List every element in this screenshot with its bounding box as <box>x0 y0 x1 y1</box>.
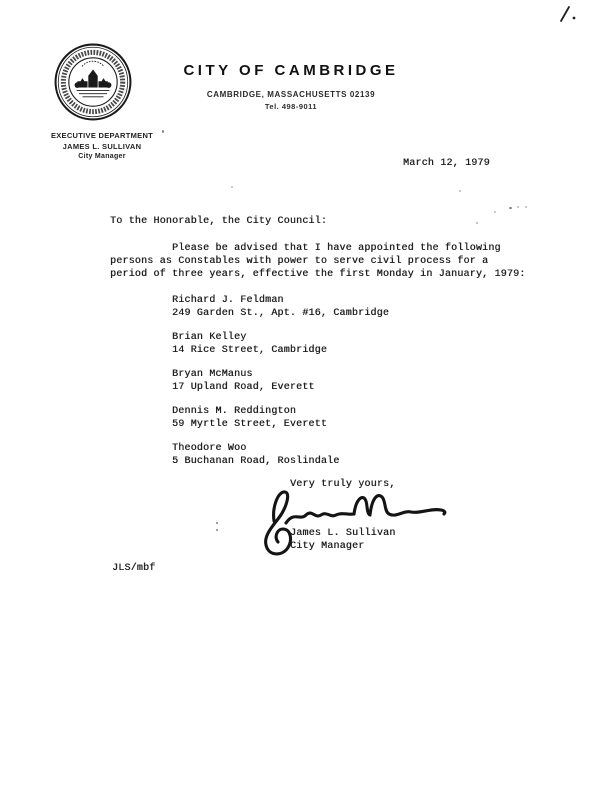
appointee-name: Richard J. Feldman <box>172 294 389 307</box>
reference-initials: JLS/mbf <box>112 562 155 575</box>
appointee-entry: Bryan McManus 17 Upland Road, Everett <box>172 368 315 394</box>
letter-salutation: To the Honorable, the City Council: <box>110 215 327 228</box>
scanned-letter-page: CITY OF CAMBRIDGE CAMBRIDGE, MASSACHUSET… <box>0 0 594 800</box>
appointee-entry: Dennis M. Reddington 59 Myrtle Street, E… <box>172 405 327 431</box>
appointee-entry: Brian Kelley 14 Rice Street, Cambridge <box>172 331 327 357</box>
body-line-2: persons as Constables with power to serv… <box>110 255 488 268</box>
appointee-name: Dennis M. Reddington <box>172 405 327 418</box>
letterhead-phone: Tel. 498-9011 <box>181 102 401 111</box>
appointee-entry: Theodore Woo 5 Buchanan Road, Roslindale <box>172 442 339 468</box>
signer-typed-name: James L. Sullivan <box>290 527 395 540</box>
department-block: EXECUTIVE DEPARTMENT JAMES L. SULLIVAN C… <box>28 131 176 162</box>
department-manager-title: City Manager <box>28 152 176 162</box>
city-seal-emblem <box>54 43 132 121</box>
body-line-3: period of three years, effective the fir… <box>110 268 525 281</box>
letterhead-address: CAMBRIDGE, MASSACHUSETTS 02139 <box>181 90 401 99</box>
appointee-name: Bryan McManus <box>172 368 315 381</box>
appointee-address: 249 Garden St., Apt. #16, Cambridge <box>172 307 389 320</box>
body-line-1: Please be advised that I have appointed … <box>172 242 501 255</box>
appointee-entry: Richard J. Feldman 249 Garden St., Apt. … <box>172 294 389 320</box>
appointee-address: 5 Buchanan Road, Roslindale <box>172 455 339 468</box>
appointee-address: 14 Rice Street, Cambridge <box>172 344 327 357</box>
letter-date: March 12, 1979 <box>403 157 490 170</box>
handwritten-page-number-mark <box>554 3 582 27</box>
appointee-name: Brian Kelley <box>172 331 327 344</box>
department-name: EXECUTIVE DEPARTMENT <box>28 131 176 142</box>
department-manager-name: JAMES L. SULLIVAN <box>28 142 176 153</box>
appointee-address: 59 Myrtle Street, Everett <box>172 418 327 431</box>
appointee-name: Theodore Woo <box>172 442 339 455</box>
letterhead: CITY OF CAMBRIDGE CAMBRIDGE, MASSACHUSET… <box>181 62 401 111</box>
signer-typed-title: City Manager <box>290 540 364 553</box>
appointee-address: 17 Upland Road, Everett <box>172 381 315 394</box>
letterhead-city-title: CITY OF CAMBRIDGE <box>181 62 401 79</box>
